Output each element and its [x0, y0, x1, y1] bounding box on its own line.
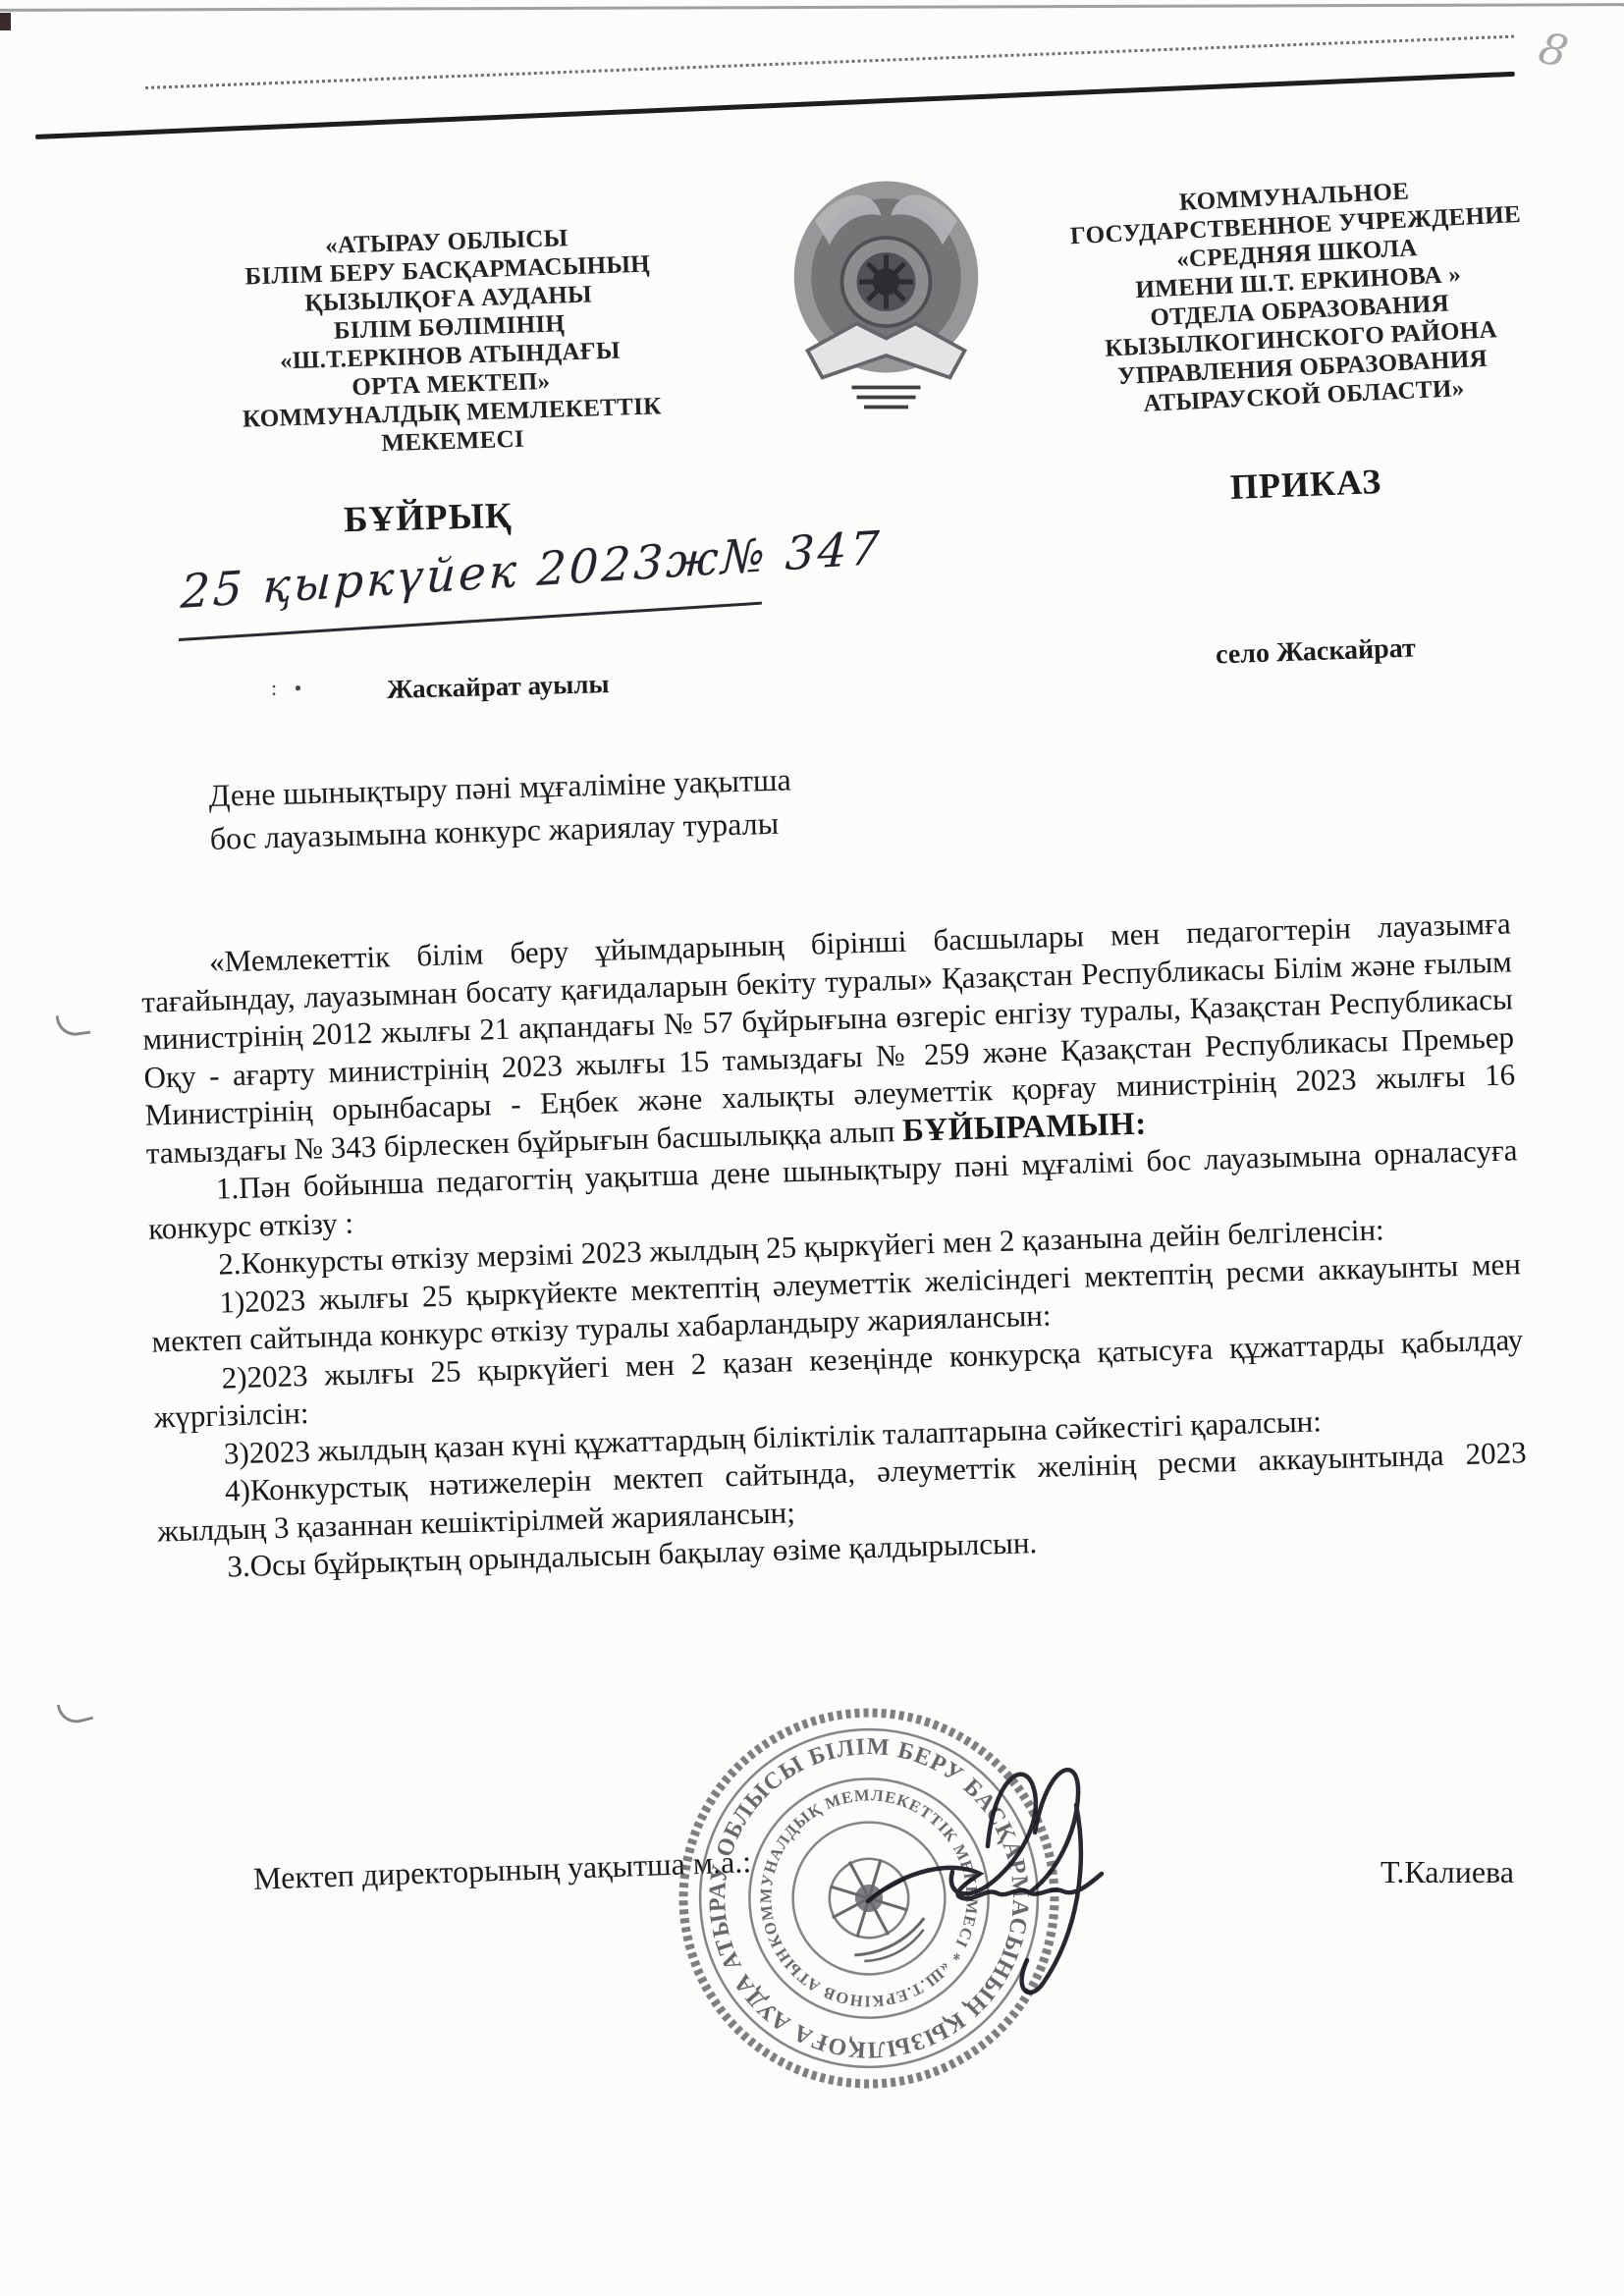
scanned-order-document: 8 «АТЫРАУ ОБЛЫСЫ БІЛІМ БЕРУ БАСҚАРМАСЫНЫ…	[0, 0, 1624, 2296]
order-title-kk: БҰЙРЫҚ	[343, 495, 513, 541]
header-organization-ru: КОММУНАЛЬНОЕ ГОСУДАРСТВЕННОЕ УЧРЕЖДЕНИЕ …	[1054, 171, 1545, 422]
place-ru: село Жаскайрат	[1216, 632, 1417, 671]
top-scan-line	[0, 3, 1624, 12]
margin-dots-mark: : •	[271, 676, 307, 701]
order-subject: Дене шынықтыру пәні мұғаліміне уақытша б…	[208, 756, 839, 860]
order-body: «Мемлекеттік білім беру ұйымдарының бірі…	[140, 904, 1530, 1588]
handwritten-page-number: 8	[1534, 23, 1573, 78]
resolution-word: БҰЙЫРАМЫН:	[902, 1106, 1148, 1148]
director-signature	[862, 1736, 1108, 2011]
margin-pen-mark	[57, 1697, 94, 1726]
order-title-ru: ПРИКАЗ	[1229, 461, 1382, 508]
header-organization-kk: «АТЫРАУ ОБЛЫСЫ БІЛІМ БЕРУ БАСҚАРМАСЫНЫҢ …	[230, 221, 669, 463]
corner-scan-mark	[0, 13, 11, 30]
preamble-text: «Мемлекеттік білім беру ұйымдарының бірі…	[141, 905, 1516, 1170]
signer-name: Т.Калиева	[1380, 1854, 1514, 1890]
kazakhstan-emblem-icon	[785, 169, 987, 414]
place-kk: Жаскайрат ауылы	[387, 669, 610, 705]
margin-pen-mark	[56, 1011, 91, 1038]
preamble-paragraph: «Мемлекеттік білім беру ұйымдарының бірі…	[140, 904, 1517, 1172]
handwritten-date-number: 25 қыркүйек 2023ж№ 347	[179, 528, 765, 641]
